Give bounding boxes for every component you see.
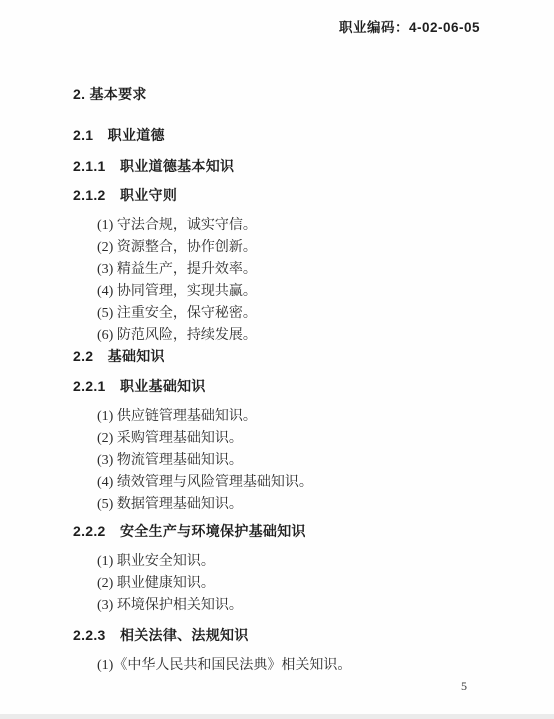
section-heading-occupational-basic-knowledge: 2.2.1 职业基础知识 bbox=[73, 378, 518, 394]
list-item: (3) 精益生产，提升效率。 bbox=[97, 259, 518, 281]
list-item: (4) 绩效管理与风险管理基础知识。 bbox=[97, 472, 518, 494]
list-item: (4) 协同管理，实现共赢。 bbox=[97, 281, 518, 303]
section-heading-basic-knowledge: 2.2 基础知识 bbox=[73, 348, 518, 364]
safety-environment-list: (1) 职业安全知识。 (2) 职业健康知识。 (3) 环境保护相关知识。 bbox=[73, 551, 518, 617]
occupational-knowledge-list: (1) 供应链管理基础知识。 (2) 采购管理基础知识。 (3) 物流管理基础知… bbox=[73, 406, 518, 516]
section-heading-professional-ethics: 2.1 职业道德 bbox=[73, 127, 518, 143]
document-content: 2. 基本要求 2.1 职业道德 2.1.1 职业道德基本知识 2.1.2 职业… bbox=[73, 86, 518, 677]
section-heading-professional-code: 2.1.2 职业守则 bbox=[73, 187, 518, 203]
professional-code-list: (1) 守法合规，诚实守信。 (2) 资源整合，协作创新。 (3) 精益生产，提… bbox=[73, 215, 518, 347]
list-item: (5) 注重安全，保守秘密。 bbox=[97, 303, 518, 325]
list-item: (1) 守法合规，诚实守信。 bbox=[97, 215, 518, 237]
scan-edge bbox=[0, 714, 554, 719]
list-item: (3) 物流管理基础知识。 bbox=[97, 450, 518, 472]
section-heading-safety-environment: 2.2.2 安全生产与环境保护基础知识 bbox=[73, 523, 518, 539]
section-heading-laws-regulations: 2.2.3 相关法律、法规知识 bbox=[73, 627, 518, 643]
list-item: (2) 资源整合，协作创新。 bbox=[97, 237, 518, 259]
section-heading-ethics-basic-knowledge: 2.1.1 职业道德基本知识 bbox=[73, 158, 518, 174]
list-item: (6) 防范风险，持续发展。 bbox=[97, 325, 518, 347]
list-item: (3) 环境保护相关知识。 bbox=[97, 595, 518, 617]
list-item: (5) 数据管理基础知识。 bbox=[97, 494, 518, 516]
document-page: 职业编码：4-02-06-05 2. 基本要求 2.1 职业道德 2.1.1 职… bbox=[0, 0, 554, 719]
list-item: (1) 供应链管理基础知识。 bbox=[97, 406, 518, 428]
section-heading-basic-requirements: 2. 基本要求 bbox=[73, 86, 518, 102]
laws-regulations-list: (1)《中华人民共和国民法典》相关知识。 bbox=[73, 655, 518, 677]
list-item: (1) 职业安全知识。 bbox=[97, 551, 518, 573]
occupation-code-header: 职业编码：4-02-06-05 bbox=[0, 16, 480, 36]
list-item: (2) 职业健康知识。 bbox=[97, 573, 518, 595]
list-item: (1)《中华人民共和国民法典》相关知识。 bbox=[97, 655, 518, 677]
list-item: (2) 采购管理基础知识。 bbox=[97, 428, 518, 450]
page-number: 5 bbox=[461, 679, 467, 694]
